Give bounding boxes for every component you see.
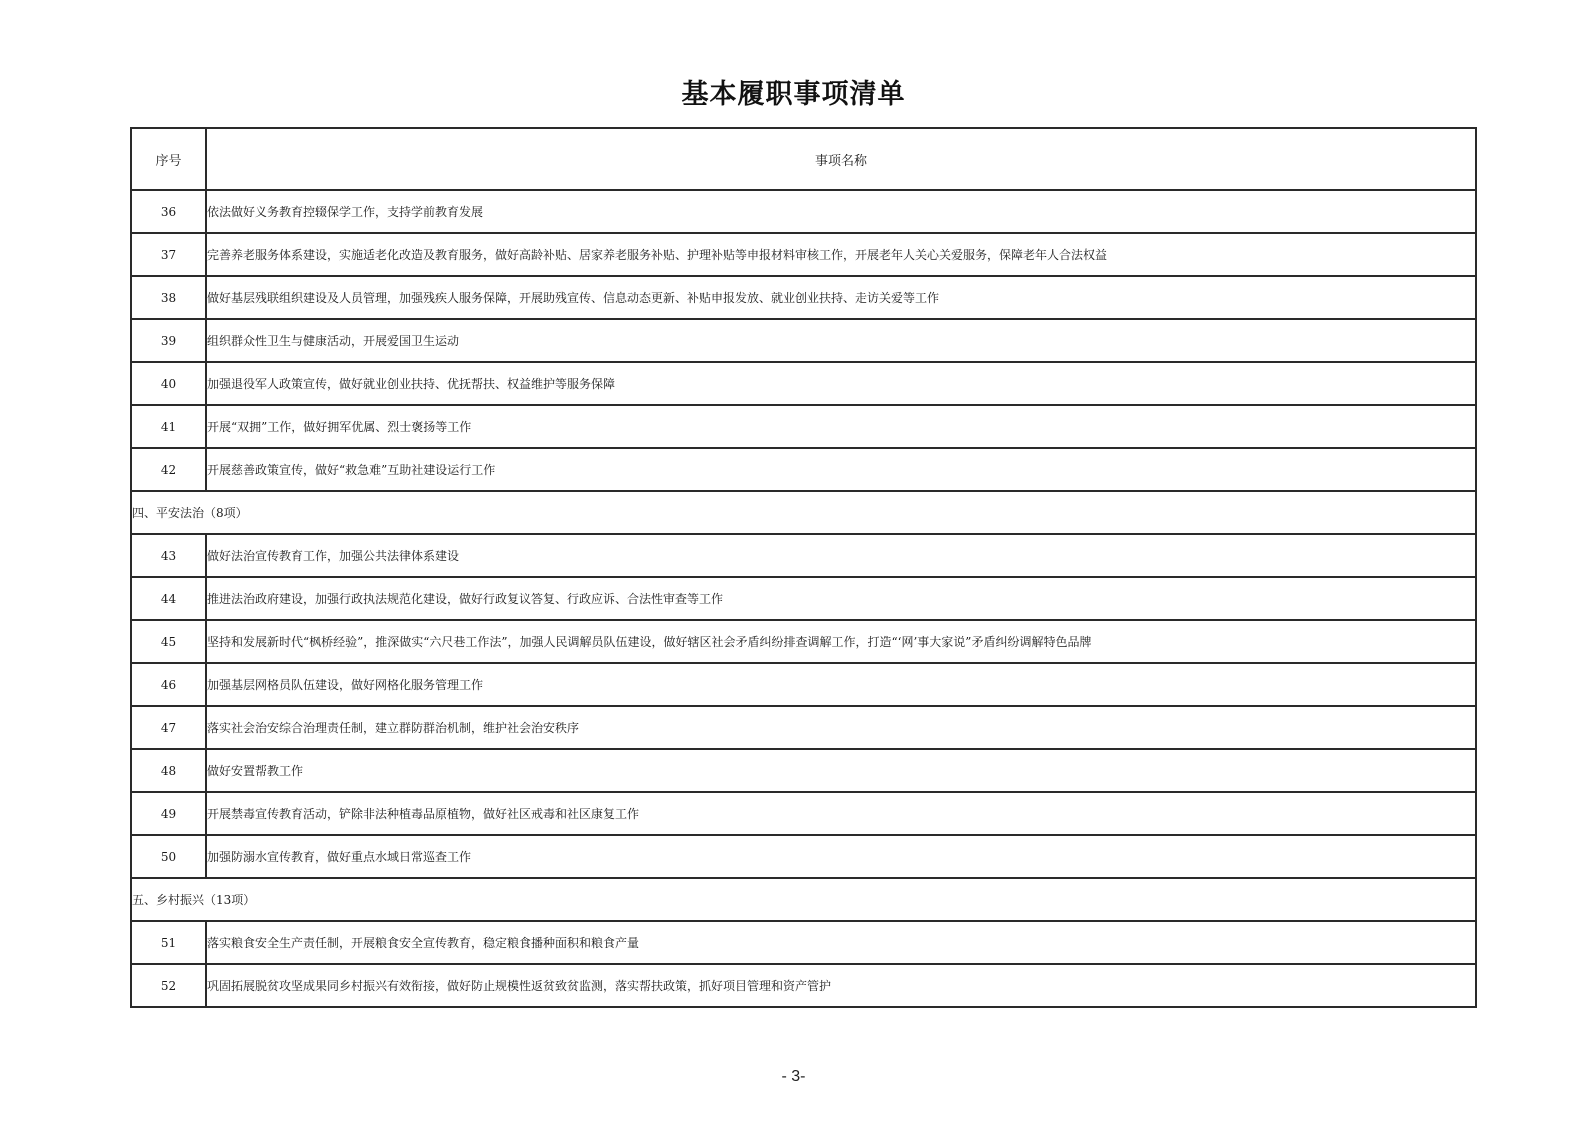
item-number: 47 (131, 706, 206, 749)
item-name: 推进法治政府建设，加强行政执法规范化建设，做好行政复议答复、行政应诉、合法性审查… (206, 577, 1476, 620)
item-number: 46 (131, 663, 206, 706)
table-row: 45坚持和发展新时代“枫桥经验”，推深做实“六尺巷工作法”，加强人民调解员队伍建… (131, 620, 1476, 663)
item-name: 加强退役军人政策宣传，做好就业创业扶持、优抚帮扶、权益维护等服务保障 (206, 362, 1476, 405)
page-number: - 3- (0, 1068, 1587, 1086)
table-row: 48做好安置帮教工作 (131, 749, 1476, 792)
item-name: 坚持和发展新时代“枫桥经验”，推深做实“六尺巷工作法”，加强人民调解员队伍建设，… (206, 620, 1476, 663)
table-row: 39组织群众性卫生与健康活动，开展爱国卫生运动 (131, 319, 1476, 362)
item-number: 49 (131, 792, 206, 835)
item-number: 42 (131, 448, 206, 491)
item-name: 落实粮食安全生产责任制，开展粮食安全宣传教育，稳定粮食播种面积和粮食产量 (206, 921, 1476, 964)
item-name: 开展禁毒宣传教育活动，铲除非法种植毒品原植物，做好社区戒毒和社区康复工作 (206, 792, 1476, 835)
item-number: 52 (131, 964, 206, 1007)
item-number: 38 (131, 276, 206, 319)
table-row: 47落实社会治安综合治理责任制，建立群防群治机制，维护社会治安秩序 (131, 706, 1476, 749)
section-label: 五、乡村振兴（13项） (131, 878, 1476, 921)
table-row: 52巩固拓展脱贫攻坚成果同乡村振兴有效衔接，做好防止规模性返贫致贫监测，落实帮扶… (131, 964, 1476, 1007)
item-name: 加强防溺水宣传教育，做好重点水域日常巡查工作 (206, 835, 1476, 878)
item-number: 50 (131, 835, 206, 878)
table-row: 50加强防溺水宣传教育，做好重点水域日常巡查工作 (131, 835, 1476, 878)
item-name: 做好基层残联组织建设及人员管理，加强残疾人服务保障，开展助残宣传、信息动态更新、… (206, 276, 1476, 319)
item-number: 51 (131, 921, 206, 964)
item-name: 依法做好义务教育控辍保学工作，支持学前教育发展 (206, 190, 1476, 233)
item-number: 48 (131, 749, 206, 792)
item-number: 39 (131, 319, 206, 362)
column-header-name: 事项名称 (206, 128, 1476, 190)
table-row: 51落实粮食安全生产责任制，开展粮食安全宣传教育，稳定粮食播种面积和粮食产量 (131, 921, 1476, 964)
item-name: 加强基层网格员队伍建设，做好网格化服务管理工作 (206, 663, 1476, 706)
item-number: 44 (131, 577, 206, 620)
section-label: 四、平安法治（8项） (131, 491, 1476, 534)
item-number: 43 (131, 534, 206, 577)
table-row: 37完善养老服务体系建设，实施适老化改造及教育服务，做好高龄补贴、居家养老服务补… (131, 233, 1476, 276)
table-row: 36依法做好义务教育控辍保学工作，支持学前教育发展 (131, 190, 1476, 233)
table-row: 40加强退役军人政策宣传，做好就业创业扶持、优抚帮扶、权益维护等服务保障 (131, 362, 1476, 405)
item-name: 完善养老服务体系建设，实施适老化改造及教育服务，做好高龄补贴、居家养老服务补贴、… (206, 233, 1476, 276)
table-row: 43做好法治宣传教育工作，加强公共法律体系建设 (131, 534, 1476, 577)
section-row: 五、乡村振兴（13项） (131, 878, 1476, 921)
table-body: 36依法做好义务教育控辍保学工作，支持学前教育发展37完善养老服务体系建设，实施… (131, 190, 1476, 1007)
item-name: 开展“双拥”工作，做好拥军优属、烈士褒扬等工作 (206, 405, 1476, 448)
item-name: 组织群众性卫生与健康活动，开展爱国卫生运动 (206, 319, 1476, 362)
document-title: 基本履职事项清单 (0, 72, 1587, 111)
table-row: 38做好基层残联组织建设及人员管理，加强残疾人服务保障，开展助残宣传、信息动态更… (131, 276, 1476, 319)
item-number: 36 (131, 190, 206, 233)
item-number: 41 (131, 405, 206, 448)
table-header-row: 序号 事项名称 (131, 128, 1476, 190)
item-name: 做好安置帮教工作 (206, 749, 1476, 792)
table-row: 44推进法治政府建设，加强行政执法规范化建设，做好行政复议答复、行政应诉、合法性… (131, 577, 1476, 620)
section-row: 四、平安法治（8项） (131, 491, 1476, 534)
item-number: 45 (131, 620, 206, 663)
item-number: 40 (131, 362, 206, 405)
duty-items-table: 序号 事项名称 36依法做好义务教育控辍保学工作，支持学前教育发展37完善养老服… (130, 127, 1477, 1008)
column-header-no: 序号 (131, 128, 206, 190)
item-name: 落实社会治安综合治理责任制，建立群防群治机制，维护社会治安秩序 (206, 706, 1476, 749)
table-row: 42开展慈善政策宣传，做好“救急难”互助社建设运行工作 (131, 448, 1476, 491)
item-name: 开展慈善政策宣传，做好“救急难”互助社建设运行工作 (206, 448, 1476, 491)
table-row: 46加强基层网格员队伍建设，做好网格化服务管理工作 (131, 663, 1476, 706)
item-number: 37 (131, 233, 206, 276)
item-name: 做好法治宣传教育工作，加强公共法律体系建设 (206, 534, 1476, 577)
table-row: 41开展“双拥”工作，做好拥军优属、烈士褒扬等工作 (131, 405, 1476, 448)
table-row: 49开展禁毒宣传教育活动，铲除非法种植毒品原植物，做好社区戒毒和社区康复工作 (131, 792, 1476, 835)
item-name: 巩固拓展脱贫攻坚成果同乡村振兴有效衔接，做好防止规模性返贫致贫监测，落实帮扶政策… (206, 964, 1476, 1007)
